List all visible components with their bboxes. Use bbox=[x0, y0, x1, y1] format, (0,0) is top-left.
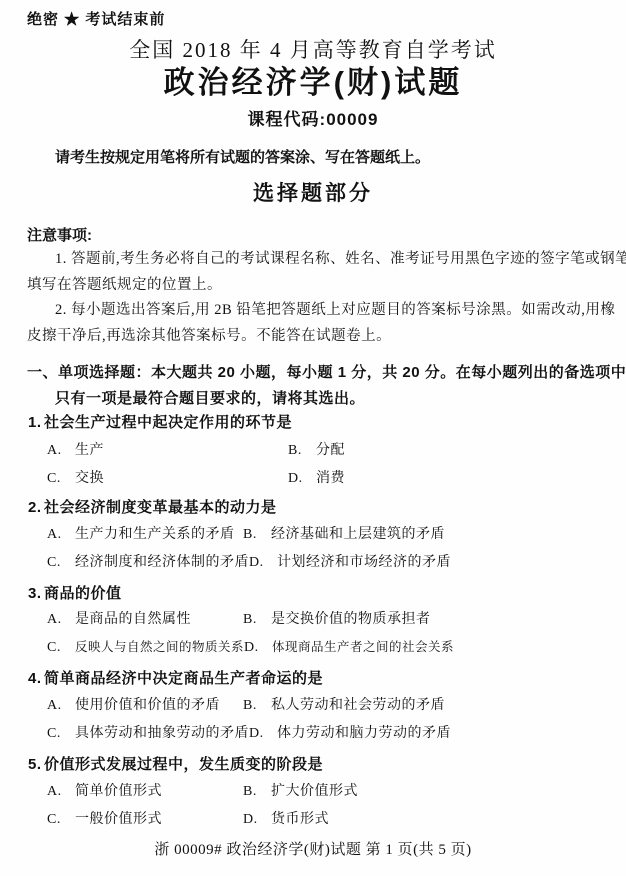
option-text: 私人劳动和社会劳动的矛盾 bbox=[271, 698, 445, 713]
option-text: 使用价值和价值的矛盾 bbox=[75, 698, 220, 713]
option-label: D. bbox=[243, 812, 271, 829]
question-3-option-b: B.是交换价值的物质承担者 bbox=[243, 612, 431, 629]
question-1-option-d: D.消费 bbox=[288, 471, 345, 488]
section-title: 选择题部分 bbox=[0, 181, 626, 206]
question-1-option-b: B.分配 bbox=[288, 443, 345, 460]
question-4-option-b: B.私人劳动和社会劳动的矛盾 bbox=[243, 698, 445, 715]
question-4-option-a: A.使用价值和价值的矛盾 bbox=[47, 698, 243, 715]
option-text: 简单价值形式 bbox=[75, 784, 162, 799]
option-text: 生产力和生产关系的矛盾 bbox=[75, 527, 235, 542]
option-label: C. bbox=[47, 726, 75, 743]
answer-sheet-notice: 请考生按规定用笔将所有试题的答案涂、写在答题纸上。 bbox=[55, 149, 430, 167]
question-2-stem-text: 社会经济制度变革最基本的动力是 bbox=[44, 499, 277, 516]
option-text: 一般价值形式 bbox=[75, 812, 162, 827]
question-1-option-c: C.交换 bbox=[47, 471, 288, 488]
exam-paper-page: 绝密 ★ 考试结束前 全国 2018 年 4 月高等教育自学考试 政治经济学(财… bbox=[0, 0, 626, 876]
option-label: C. bbox=[47, 555, 75, 572]
question-4-stem-text: 简单商品经济中决定商品生产者命运的是 bbox=[44, 670, 323, 687]
question-3-option-row-1: A.是商品的自然属性B.是交换价值的物质承担者 bbox=[47, 612, 431, 629]
question-3-option-a: A.是商品的自然属性 bbox=[47, 612, 243, 629]
part1-heading-line1: 一、单项选择题：本大题共 20 小题，每小题 1 分，共 20 分。在每小题列出… bbox=[27, 364, 626, 382]
question-3-option-d: D.体现商品生产者之间的社会关系 bbox=[244, 640, 454, 657]
option-text: 货币形式 bbox=[271, 812, 329, 827]
note2-line2: 皮擦干净后,再选涂其他答案标号。不能答在试题卷上。 bbox=[27, 328, 391, 345]
question-5-stem: 5.价值形式发展过程中，发生质变的阶段是 bbox=[28, 756, 323, 774]
question-4-option-d: D.体力劳动和脑力劳动的矛盾 bbox=[249, 726, 451, 743]
option-text: 扩大价值形式 bbox=[271, 784, 358, 799]
option-text: 生产 bbox=[75, 443, 104, 458]
question-4-number: 4. bbox=[28, 670, 44, 688]
option-text: 是交换价值的物质承担者 bbox=[271, 612, 431, 627]
question-1-stem-text: 社会生产过程中起决定作用的环节是 bbox=[44, 414, 292, 431]
question-1-option-a: A.生产 bbox=[47, 443, 288, 460]
question-2-option-row-2: C.经济制度和经济体制的矛盾D.计划经济和市场经济的矛盾 bbox=[47, 555, 451, 572]
question-2-stem: 2.社会经济制度变革最基本的动力是 bbox=[28, 499, 277, 517]
question-2-option-d: D.计划经济和市场经济的矛盾 bbox=[249, 555, 451, 572]
question-3-option-c: C.反映人与自然之间的物质关系 bbox=[47, 640, 244, 657]
option-text: 具体劳动和抽象劳动的矛盾 bbox=[75, 726, 249, 741]
question-1-number: 1. bbox=[28, 414, 44, 432]
note2-line1: 2. 每小题选出答案后,用 2B 铅笔把答题纸上对应题目的答案标号涂黑。如需改动… bbox=[55, 302, 615, 319]
question-4-option-row-1: A.使用价值和价值的矛盾B.私人劳动和社会劳动的矛盾 bbox=[47, 698, 445, 715]
question-1-option-row-2: C.交换D.消费 bbox=[47, 471, 345, 488]
question-1-stem: 1.社会生产过程中起决定作用的环节是 bbox=[28, 414, 292, 432]
option-label: A. bbox=[47, 527, 75, 544]
option-text: 体力劳动和脑力劳动的矛盾 bbox=[277, 726, 451, 741]
option-text: 是商品的自然属性 bbox=[75, 612, 191, 627]
question-2-option-c: C.经济制度和经济体制的矛盾 bbox=[47, 555, 249, 572]
question-5-option-a: A.简单价值形式 bbox=[47, 784, 243, 801]
option-label: C. bbox=[47, 471, 75, 488]
option-label: B. bbox=[243, 527, 271, 544]
option-text: 分配 bbox=[316, 443, 345, 458]
question-3-stem: 3.商品的价值 bbox=[28, 585, 122, 603]
option-label: D. bbox=[249, 726, 277, 743]
option-label: D. bbox=[244, 640, 272, 657]
classification-banner: 绝密 ★ 考试结束前 bbox=[27, 11, 165, 29]
option-label: A. bbox=[47, 612, 75, 629]
paper-title: 政治经济学(财)试题 bbox=[0, 64, 626, 101]
notes-heading: 注意事项: bbox=[27, 227, 92, 245]
option-text: 经济制度和经济体制的矛盾 bbox=[75, 555, 249, 570]
question-5-number: 5. bbox=[28, 756, 44, 774]
option-label: C. bbox=[47, 812, 75, 829]
question-4-option-c: C.具体劳动和抽象劳动的矛盾 bbox=[47, 726, 249, 743]
option-label: A. bbox=[47, 698, 75, 715]
option-label: C. bbox=[47, 640, 75, 657]
option-text: 计划经济和市场经济的矛盾 bbox=[277, 555, 451, 570]
question-2-option-row-1: A.生产力和生产关系的矛盾B.经济基础和上层建筑的矛盾 bbox=[47, 527, 445, 544]
question-3-stem-text: 商品的价值 bbox=[44, 585, 122, 602]
option-text: 消费 bbox=[316, 471, 345, 486]
question-4-option-row-2: C.具体劳动和抽象劳动的矛盾D.体力劳动和脑力劳动的矛盾 bbox=[47, 726, 451, 743]
option-label: B. bbox=[243, 698, 271, 715]
option-label: B. bbox=[243, 784, 271, 801]
note1-line2: 填写在答题纸规定的位置上。 bbox=[27, 277, 222, 294]
option-label: B. bbox=[243, 612, 271, 629]
question-2-option-b: B.经济基础和上层建筑的矛盾 bbox=[243, 527, 445, 544]
part1-heading-line2: 只有一项是最符合题目要求的，请将其选出。 bbox=[55, 390, 365, 408]
option-text: 反映人与自然之间的物质关系 bbox=[75, 640, 244, 654]
option-text: 体现商品生产者之间的社会关系 bbox=[272, 640, 454, 654]
option-label: D. bbox=[249, 555, 277, 572]
option-label: B. bbox=[288, 443, 316, 460]
question-5-option-d: D.货币形式 bbox=[243, 812, 329, 829]
option-text: 交换 bbox=[75, 471, 104, 486]
question-5-stem-text: 价值形式发展过程中，发生质变的阶段是 bbox=[44, 756, 323, 773]
question-1-option-row-1: A.生产B.分配 bbox=[47, 443, 345, 460]
option-text: 经济基础和上层建筑的矛盾 bbox=[271, 527, 445, 542]
question-5-option-b: B.扩大价值形式 bbox=[243, 784, 358, 801]
option-label: A. bbox=[47, 784, 75, 801]
question-5-option-row-2: C.一般价值形式D.货币形式 bbox=[47, 812, 329, 829]
question-5-option-row-1: A.简单价值形式B.扩大价值形式 bbox=[47, 784, 358, 801]
page-footer: 浙 00009# 政治经济学(财)试题 第 1 页(共 5 页) bbox=[0, 841, 626, 859]
exam-session-title: 全国 2018 年 4 月高等教育自学考试 bbox=[0, 38, 626, 63]
question-3-option-row-2: C.反映人与自然之间的物质关系D.体现商品生产者之间的社会关系 bbox=[47, 640, 454, 657]
option-label: D. bbox=[288, 471, 316, 488]
note1-line1: 1. 答题前,考生务必将自己的考试课程名称、姓名、准考证号用黑色字迹的签字笔或钢… bbox=[55, 251, 626, 268]
question-5-option-c: C.一般价值形式 bbox=[47, 812, 243, 829]
question-2-number: 2. bbox=[28, 499, 44, 517]
question-4-stem: 4.简单商品经济中决定商品生产者命运的是 bbox=[28, 670, 323, 688]
question-2-option-a: A.生产力和生产关系的矛盾 bbox=[47, 527, 243, 544]
course-code: 课程代码:00009 bbox=[0, 110, 626, 130]
option-label: A. bbox=[47, 443, 75, 460]
question-3-number: 3. bbox=[28, 585, 44, 603]
